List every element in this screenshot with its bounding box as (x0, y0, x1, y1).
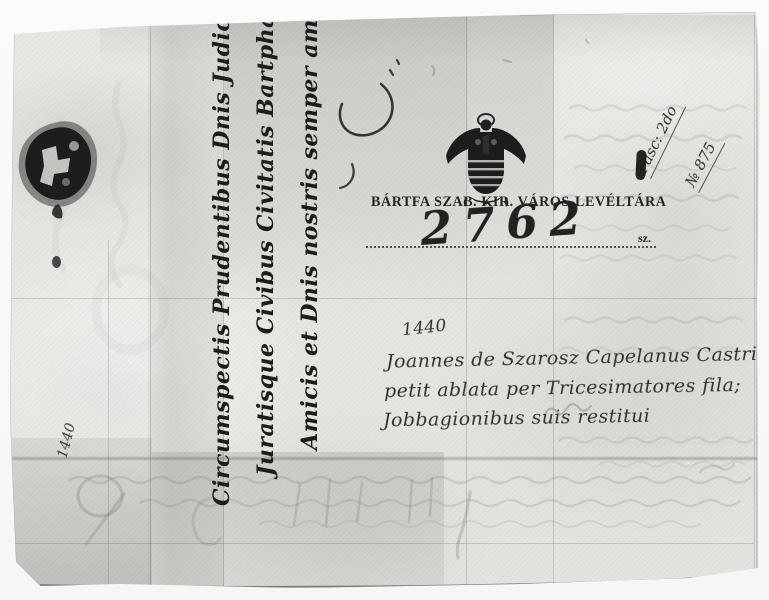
paper-shading-center-right-fold (468, 14, 554, 314)
side-note-year: 1440 (55, 421, 80, 460)
paper-shading-top (100, 15, 756, 63)
ink-spot (52, 256, 61, 268)
annotation-line-1: Joannes de Szarosz Capelanus Castri Baln… (386, 341, 769, 372)
address-line-3: Amicis et Dnis nostris semper amandis :/ (288, 60, 332, 450)
fold-crease-vertical-2 (150, 24, 151, 586)
annotation-line-3: Jobbagionibus suis restitui (383, 405, 651, 432)
paper-edge-lines (0, 0, 769, 600)
fold-crease-horizontal-3 (14, 543, 754, 544)
annotation-line-2: petit ablata per Tricesimatores fila; (384, 374, 741, 402)
fold-crease-vertical-5 (553, 14, 554, 586)
document-scan: Circumspectis Prudentibus Dnis Judici Ju… (0, 0, 769, 600)
paper-sheet: Circumspectis Prudentibus Dnis Judici Ju… (0, 0, 769, 600)
bleed-through-writing-marks (0, 0, 769, 600)
fold-crease-vertical-1 (108, 240, 109, 586)
paper-stain-bottom-left (12, 438, 152, 588)
fold-crease-vertical-4 (466, 16, 467, 586)
fold-crease-horizontal-1 (12, 298, 757, 299)
address-line-2: Juratisque Civibus Civitatis Bartpha (244, 60, 288, 476)
fold-crease-horizontal-2 (12, 457, 757, 460)
corner-note-number: № 875 (680, 134, 725, 193)
archive-stamp-number-suffix: sz. (638, 231, 651, 246)
wax-seal-remnant (12, 116, 104, 224)
fold-crease-vertical-6 (754, 14, 755, 574)
address-line-1: Circumspectis Prudentibus Dnis Judici (200, 60, 244, 506)
address-calligraphy-block: Circumspectis Prudentibus Dnis Judici Ju… (200, 60, 332, 506)
ink-blot-mark (635, 150, 647, 180)
annotation-year: 1440 (401, 316, 448, 341)
calligraphy-flourish-strokes (0, 0, 769, 600)
